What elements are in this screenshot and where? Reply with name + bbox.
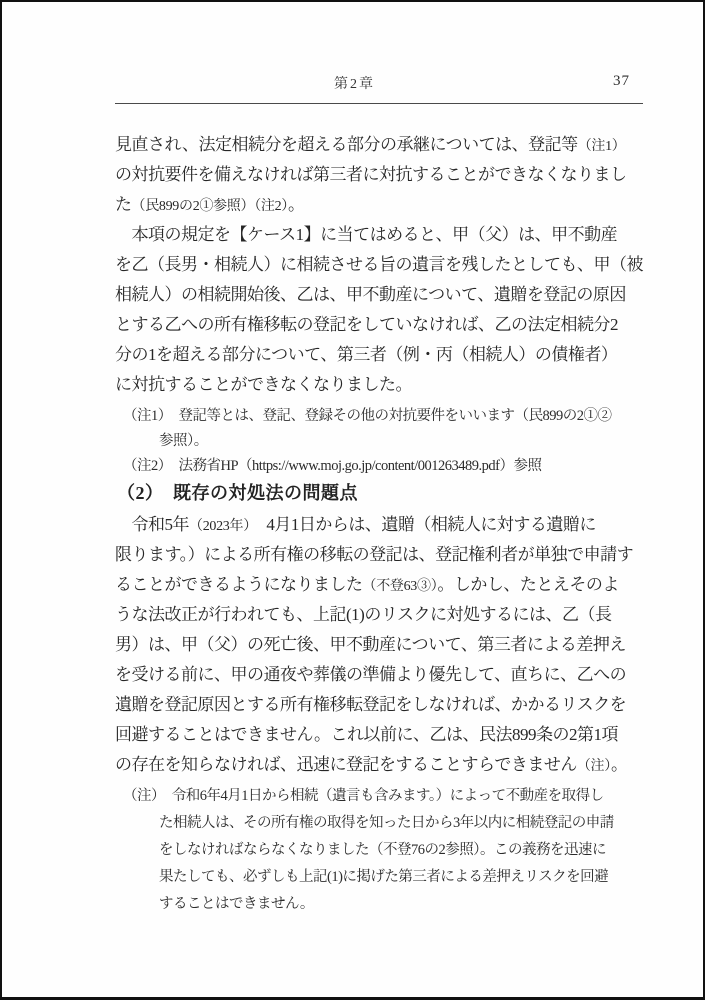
text-line: をしなければならなくなりました（不登76の2参照）。この義務を迅速に: [159, 837, 658, 864]
text-line: 令和5年（2023年） 4月1日からは、遺贈（相続人に対する遺贈に: [115, 510, 655, 540]
text-line: することはできません。: [159, 891, 658, 918]
paragraph-1: 見直され、法定相続分を超える部分の承継については、登記等（注1）の対抗要件を備え…: [115, 130, 655, 220]
text-line: に対抗することができなくなりました。: [115, 370, 655, 400]
book-page: 第2章 37 見直され、法定相続分を超える部分の承継については、登記等（注1）の…: [0, 0, 705, 1000]
text-segment: を乙（長男・相続人）に相続させる旨の遺言を残したとしても、甲（被: [115, 255, 643, 274]
text-segment: とする乙への所有権移転の登記をしていなければ、乙の法定相続分2: [115, 315, 618, 334]
text-segment: に対抗することができなくなりました。: [115, 375, 412, 394]
text-line: の存在を知らなければ、迅速に登記をすることすらできません（注）。: [115, 750, 655, 780]
text-segment: 。: [288, 195, 305, 214]
text-segment: 相続人）の相続開始後、乙は、甲不動産について、遺贈を登記の原因: [115, 285, 626, 304]
page-number: 37: [613, 73, 630, 90]
footnote-block-1: （注1） 登記等とは、登記、登録その他の対抗要件をいいます（民899の2①②参照…: [123, 404, 658, 479]
text-segment: 令和5年: [115, 515, 189, 534]
text-segment: の対抗要件を備えなければ第三者に対抗することができなくなりまし: [115, 165, 627, 184]
text-line: 参照）。: [159, 429, 658, 454]
text-line: 見直され、法定相続分を超える部分の承継については、登記等（注1）: [115, 130, 655, 160]
paragraph-3: 令和5年（2023年） 4月1日からは、遺贈（相続人に対する遺贈に限ります。）に…: [115, 510, 655, 780]
text-line: （注1） 登記等とは、登記、登録その他の対抗要件をいいます（民899の2①②: [123, 404, 658, 429]
text-line: 限ります。）による所有権の移転の登記は、登記権利者が単独で申請す: [115, 540, 655, 570]
text-line: を乙（長男・相続人）に相続させる旨の遺言を残したとしても、甲（被: [115, 250, 655, 280]
paragraph-2: 本項の規定を【ケース1】に当てはめると、甲（父）は、甲不動産を乙（長男・相続人）…: [115, 220, 655, 400]
text-segment: うな法改正が行われても、上記(1)のリスクに対処するには、乙（長: [115, 605, 611, 624]
header-rule: [115, 103, 643, 104]
text-segment: の存在を知らなければ、迅速に登記をすることすらできません: [115, 755, 577, 774]
text-line: 遺贈を登記原因とする所有権移転登記をしなければ、かかるリスクを: [115, 690, 655, 720]
text-segment: （注1） 登記等とは、登記、登録その他の対抗要件をいいます（民899の2①②: [123, 408, 612, 424]
text-segment: 。: [611, 755, 628, 774]
text-line: 相続人）の相続開始後、乙は、甲不動産について、遺贈を登記の原因: [115, 280, 655, 310]
text-line: とする乙への所有権移転の登記をしていなければ、乙の法定相続分2: [115, 310, 655, 340]
text-line: 本項の規定を【ケース1】に当てはめると、甲（父）は、甲不動産: [115, 220, 655, 250]
text-segment: を受ける前に、甲の通夜や葬儀の準備より優先して、直ちに、乙への: [115, 665, 626, 684]
text-segment: （注）: [577, 759, 611, 774]
text-segment: 本項の規定を【ケース1】に当てはめると、甲（父）は、甲不動産: [115, 225, 617, 244]
text-segment: をしなければならなくなりました（不登76の2参照）。この義務を迅速に: [159, 842, 606, 858]
text-segment: 果たしても、必ずしも上記(1)に掲げた第三者による差押えリスクを回避: [159, 869, 608, 885]
body-text-block-1: 見直され、法定相続分を超える部分の承継については、登記等（注1）の対抗要件を備え…: [115, 130, 655, 400]
text-line: （注2） 法務省HP（https://www.moj.go.jp/content…: [123, 454, 658, 479]
text-segment: 4月1日からは、遺贈（相続人に対する遺贈に: [250, 515, 596, 534]
body-text-block-2: 令和5年（2023年） 4月1日からは、遺贈（相続人に対する遺贈に限ります。）に…: [115, 510, 655, 780]
text-segment: （注） 令和6年4月1日から相続（遺言も含みます。）によって不動産を取得し: [123, 788, 604, 804]
text-segment: （注2） 法務省HP（https://www.moj.go.jp/content…: [123, 458, 541, 474]
text-line: 果たしても、必ずしも上記(1)に掲げた第三者による差押えリスクを回避: [159, 864, 658, 891]
text-segment: （民899の2①参照）（注2）: [132, 199, 289, 214]
text-line: を受ける前に、甲の通夜や葬儀の準備より優先して、直ちに、乙への: [115, 660, 655, 690]
text-line: ることができるようになりました（不登63③）。しかし、たとえそのよ: [115, 570, 655, 600]
text-line: 分の1を超える部分について、第三者（例・丙（相続人）の債権者）: [115, 340, 655, 370]
text-segment: 遺贈を登記原因とする所有権移転登記をしなければ、かかるリスクを: [115, 695, 626, 714]
text-segment: た: [115, 195, 132, 214]
text-line: 男）は、甲（父）の死亡後、甲不動産について、第三者による差押え: [115, 630, 655, 660]
text-segment: ることができるようになりました: [115, 575, 363, 594]
text-line: の対抗要件を備えなければ第三者に対抗することができなくなりまし: [115, 160, 655, 190]
text-segment: （2023年）: [189, 519, 250, 534]
text-segment: 。しかし、たとえそのよ: [437, 575, 619, 594]
text-line: た（民899の2①参照）（注2）。: [115, 190, 655, 220]
chapter-title: 第2章: [2, 73, 705, 93]
text-segment: 男）は、甲（父）の死亡後、甲不動産について、第三者による差押え: [115, 635, 626, 654]
text-segment: （不登63③）: [363, 579, 438, 594]
text-line: うな法改正が行われても、上記(1)のリスクに対処するには、乙（長: [115, 600, 655, 630]
text-line: た相続人は、その所有権の取得を知った日から3年以内に相続登記の申請: [159, 810, 658, 837]
footnote-block-2: （注） 令和6年4月1日から相続（遺言も含みます。）によって不動産を取得した相続…: [123, 783, 658, 918]
text-segment: 回避することはできません。これ以前に、乙は、民法899条の2第1項: [115, 725, 618, 744]
text-segment: することはできません。: [159, 896, 314, 912]
page-header: 第2章 37: [2, 73, 705, 93]
text-segment: 限ります。）による所有権の移転の登記は、登記権利者が単独で申請す: [115, 545, 633, 564]
text-segment: 参照）。: [159, 433, 208, 449]
text-segment: た相続人は、その所有権の取得を知った日から3年以内に相続登記の申請: [159, 815, 614, 831]
text-segment: 分の1を超える部分について、第三者（例・丙（相続人）の債権者）: [115, 345, 617, 364]
text-segment: （注1）: [578, 139, 626, 154]
text-line: （注） 令和6年4月1日から相続（遺言も含みます。）によって不動産を取得し: [123, 783, 658, 810]
text-line: 回避することはできません。これ以前に、乙は、民法899条の2第1項: [115, 720, 655, 750]
text-segment: 見直され、法定相続分を超える部分の承継については、登記等: [115, 135, 578, 154]
section-heading: （2） 既存の対処法の問題点: [117, 480, 358, 506]
